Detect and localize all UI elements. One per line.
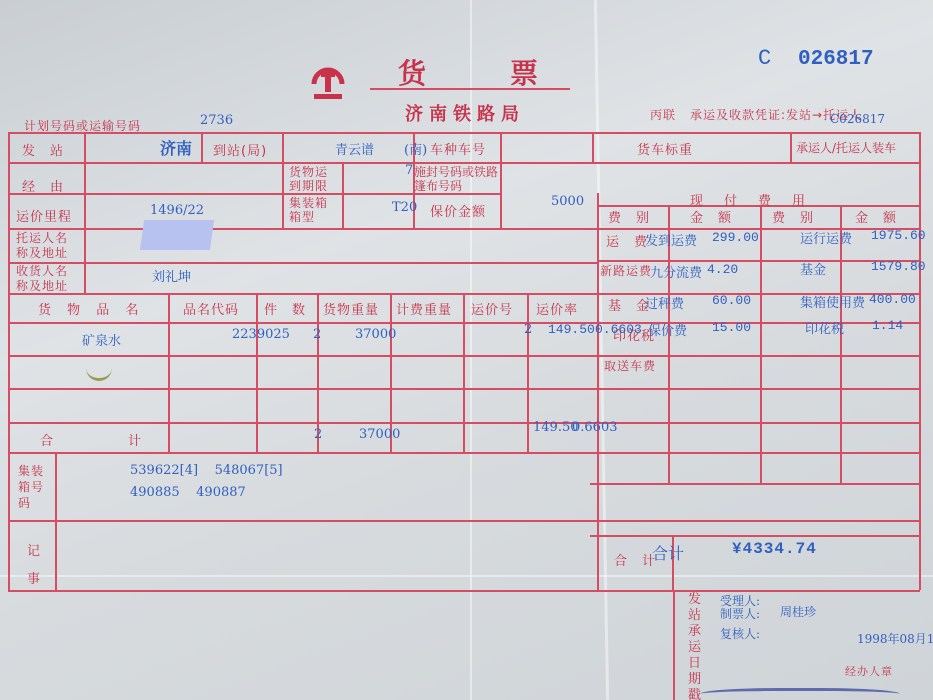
loader-label: 承运人/托运人装车 xyxy=(796,139,896,156)
goods-row-weight: 37000 xyxy=(355,327,396,342)
grid-line xyxy=(342,162,344,228)
from-station-label: 发 站 xyxy=(22,140,64,159)
goods-header-code: 品名代码 xyxy=(183,299,239,318)
fee-left-type: 发到运费 xyxy=(645,230,697,249)
plan-number-value: 2736 xyxy=(200,113,233,128)
container-numbers-line2: 490885 490887 xyxy=(130,485,246,500)
fees-col-amount-1: 金 额 xyxy=(690,207,732,226)
goods-header-name: 货 物 品 名 xyxy=(38,299,144,318)
consignee-value: 刘礼坤 xyxy=(152,266,191,285)
goods-row-pieces: 2 xyxy=(313,327,321,342)
serial-number: 026817 xyxy=(798,48,874,71)
handler-stamp-label: 经办人章 xyxy=(845,663,893,679)
fees-col-type-1: 费 别 xyxy=(608,207,650,226)
handwritten-signature xyxy=(700,688,900,700)
ticket-issuer-value: 周桂珍 xyxy=(780,603,816,620)
container-type-label: 集装箱箱型 xyxy=(289,196,339,224)
grid-line xyxy=(8,132,920,134)
redaction-sticker xyxy=(140,220,214,250)
grid-line xyxy=(8,162,920,164)
seal-label: 施封号码或铁路篷布号码 xyxy=(414,165,498,193)
fee-left-type: 保价费 xyxy=(648,320,687,339)
fees-total-printed: 合 计 xyxy=(614,550,656,569)
grid-line xyxy=(201,132,203,162)
insured-label: 保价金额 xyxy=(430,201,486,220)
to-station-bureau: (南) xyxy=(404,139,427,158)
grid-line xyxy=(760,205,762,483)
serial-prefix: C xyxy=(758,46,771,71)
fee-printed-label: 运 费 xyxy=(606,231,648,250)
notes-label-2: 事 xyxy=(27,568,41,587)
goods-header-rate: 运价率 xyxy=(536,299,578,318)
fees-total-typed: 合计 xyxy=(652,541,684,564)
container-number-label: 集装箱号码 xyxy=(18,463,52,511)
insured-value: 5000 xyxy=(551,194,584,209)
grid-line xyxy=(463,293,465,452)
distance-value: 1496/22 xyxy=(150,203,204,218)
grid-line xyxy=(84,132,86,293)
serial-stamp: C026817 xyxy=(830,112,885,126)
fee-left-type: 九分流费 xyxy=(650,262,702,281)
fees-col-type-2: 费 别 xyxy=(772,207,814,226)
grid-line xyxy=(500,132,502,228)
goods-header-rate-no: 运价号 xyxy=(471,299,513,318)
railway-logo-icon xyxy=(308,58,348,102)
fee-right-type: 印花税 xyxy=(805,318,844,337)
grid-line xyxy=(597,193,599,590)
fee-left-amount: 299.00 xyxy=(712,230,759,245)
grid-line xyxy=(282,132,284,228)
grid-line xyxy=(8,520,920,522)
fee-printed-label: 基 金 xyxy=(608,295,650,314)
copy-label: 丙联 xyxy=(650,106,676,123)
container-type-value: T20 xyxy=(392,200,417,215)
via-label: 经 由 xyxy=(22,176,64,195)
goods-total-weight: 37000 xyxy=(359,427,400,442)
issue-date: 1998年08月1 xyxy=(857,630,933,647)
grid-line xyxy=(673,590,675,700)
ticket-issuer-label: 制票人: xyxy=(720,605,760,622)
deadline-value: 7 xyxy=(405,163,413,178)
goods-row-rate-no: 2 xyxy=(524,322,532,337)
fee-right-type: 运行运费 xyxy=(800,228,852,247)
consignee-label: 收货人名称及地址 xyxy=(16,264,80,294)
fee-right-amount: 1579.80 xyxy=(871,259,926,274)
goods-header-pieces: 件 数 xyxy=(264,299,306,318)
fees-total-amount: ¥4334.74 xyxy=(732,540,817,558)
grid-line xyxy=(8,193,500,195)
distance-label: 运价里程 xyxy=(16,206,72,225)
grid-line xyxy=(8,590,920,592)
fees-col-amount-2: 金 额 xyxy=(855,207,897,226)
fee-printed-label: 新路运费 xyxy=(600,262,652,279)
fee-left-amount: 15.00 xyxy=(712,320,751,335)
title-underline xyxy=(370,88,570,90)
grid-line xyxy=(8,452,920,454)
notes-label-1: 记 xyxy=(27,540,41,559)
goods-total-label-2: 计 xyxy=(128,430,142,449)
goods-row-rate: 149.50 xyxy=(548,322,595,337)
goods-header-billed: 计费重量 xyxy=(396,299,452,318)
grid-line xyxy=(527,293,529,452)
grid-line xyxy=(8,132,10,590)
grid-line xyxy=(592,132,594,162)
grid-line xyxy=(919,132,921,590)
checker-label: 复核人: xyxy=(720,625,760,642)
fee-left-amount: 60.00 xyxy=(712,293,751,308)
container-numbers-line1: 539622[4] 548067[5] xyxy=(130,463,283,478)
to-station-label: 到站(局) xyxy=(213,140,267,159)
shipper-label: 托运人名称及地址 xyxy=(16,231,80,261)
fee-left-amount: 4.20 xyxy=(707,262,738,277)
goods-header-weight: 货物重量 xyxy=(323,299,379,318)
grid-line xyxy=(168,293,170,452)
fee-right-amount: 1975.60 xyxy=(871,228,926,243)
car-weight-label: 货车标重 xyxy=(637,139,693,158)
fee-right-amount: 1.14 xyxy=(872,318,903,333)
grid-line xyxy=(590,483,920,485)
grid-line xyxy=(55,452,57,590)
fee-right-amount: 400.00 xyxy=(869,292,916,307)
grid-line xyxy=(256,293,258,452)
goods-total-pieces: 2 xyxy=(314,427,322,442)
goods-row-code: 2239025 xyxy=(232,327,290,342)
to-station-value: 青云谱 xyxy=(335,139,374,158)
goods-total-rate-extra: 0.6603 xyxy=(572,420,618,435)
grid-line xyxy=(8,262,598,264)
deadline-label: 货物运到期限 xyxy=(289,165,339,193)
title-char-2: 票 xyxy=(510,52,538,92)
freight-waybill: 货 票 济南铁路局 C 026817 丙联 承运及收款凭证:发站→托运人 C02… xyxy=(0,0,933,700)
paper-fold xyxy=(0,575,933,577)
grid-line xyxy=(790,132,792,162)
from-station-value: 济南 xyxy=(160,136,192,159)
grid-line xyxy=(590,535,920,537)
stain-mark xyxy=(86,366,112,381)
fee-right-type: 集箱使用费 xyxy=(800,292,865,311)
goods-total-label-1: 合 xyxy=(40,430,54,449)
stamp-label: 发站承运日期戳 xyxy=(688,592,702,700)
title-char-1: 货 xyxy=(398,52,426,92)
fee-printed-label: 取送车费 xyxy=(604,357,656,374)
goods-row-name: 矿泉水 xyxy=(82,330,121,349)
fee-left-type: 过秤费 xyxy=(645,293,684,312)
goods-row-rate-extra: 0.6603 xyxy=(595,322,642,337)
issuer-name: 济南铁路局 xyxy=(405,100,525,126)
grid-line xyxy=(8,322,598,324)
fee-right-type: 基金 xyxy=(800,259,826,278)
car-type-label: 车种车号 xyxy=(430,139,486,158)
